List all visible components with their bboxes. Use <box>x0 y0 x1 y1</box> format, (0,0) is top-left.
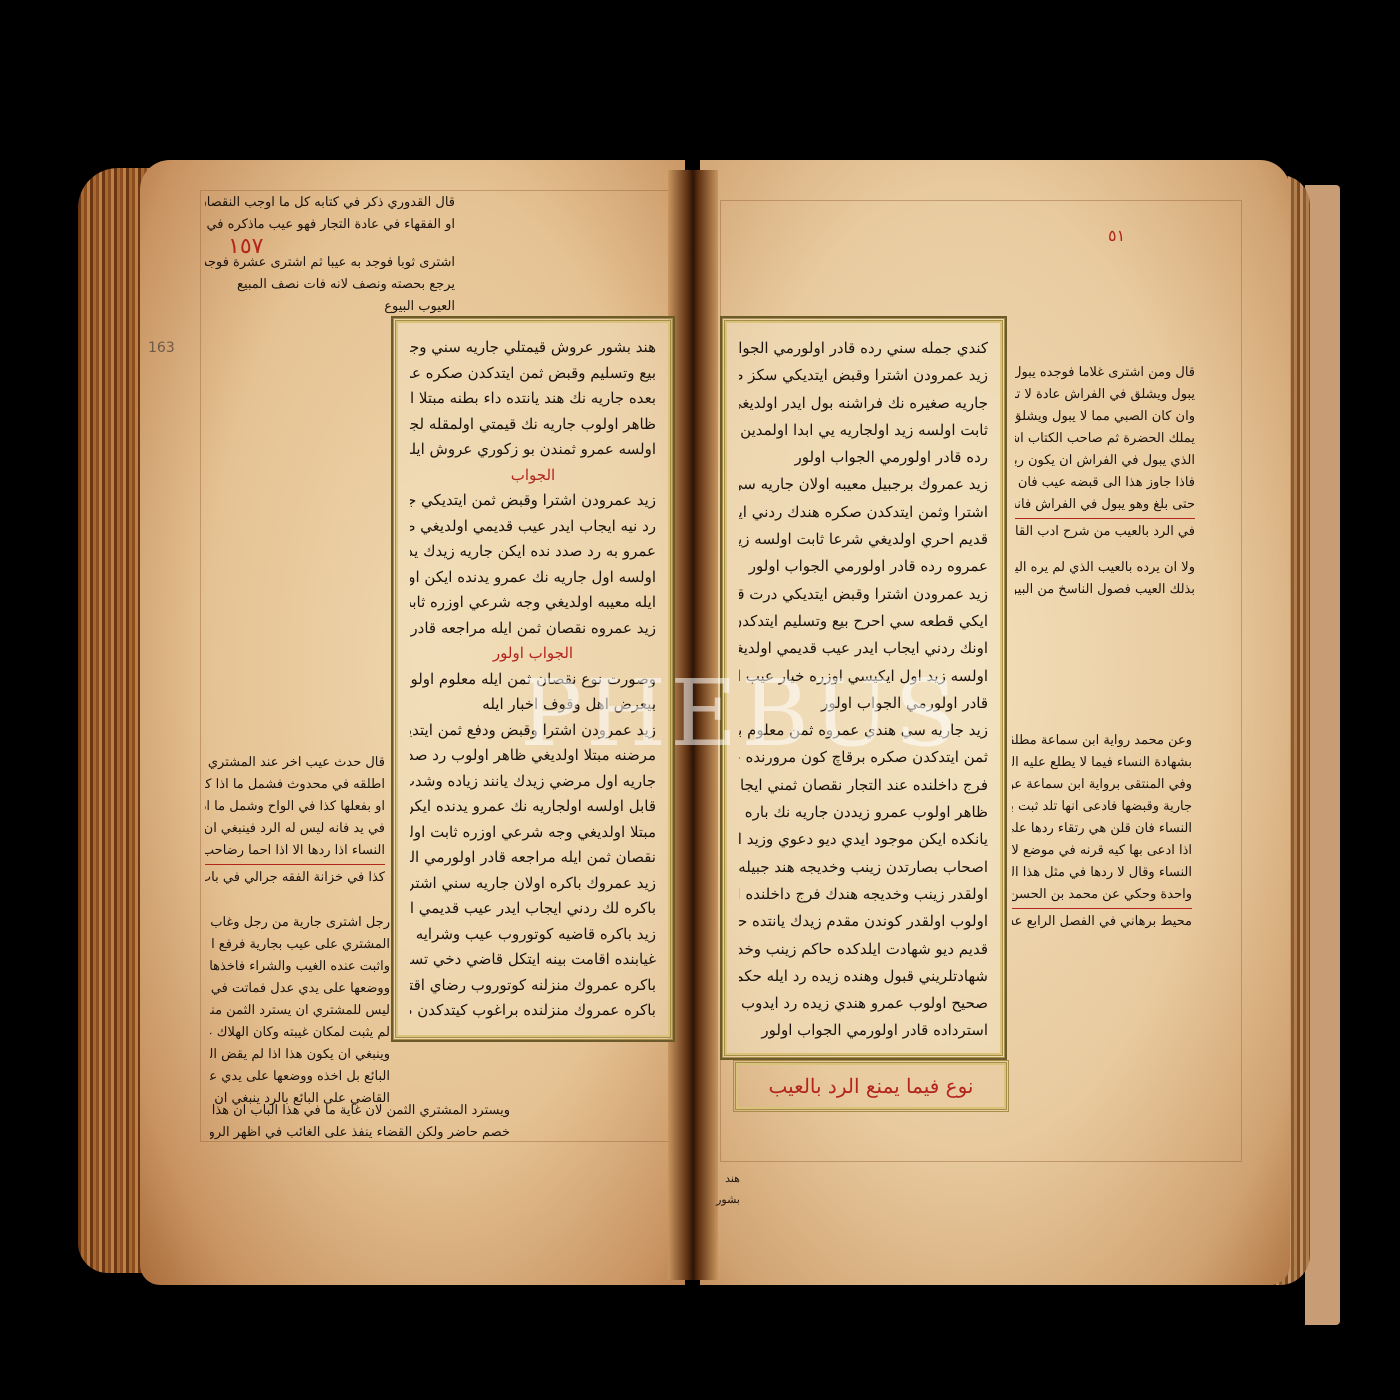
left-margin-note-2: رجل اشترى جارية من رجل وغاب البائع واطلع… <box>210 912 390 1110</box>
right-margin-note-1: قال ومن اشترى غلاما فوجده يبول في الفراش… <box>1015 362 1195 601</box>
red-rule <box>205 864 385 865</box>
pencil-folio-number: 163 <box>148 340 175 356</box>
watermark: PHEBUS <box>520 660 961 767</box>
left-bottom-note: ويسترد المشتري الثمن لان غاية ما في هذا … <box>210 1100 510 1144</box>
right-margin-note-2: وعن محمد رواية ابن سماعة مطلقا ان ثبت بش… <box>1012 730 1192 933</box>
red-rule <box>1012 908 1192 909</box>
right-red-page-number: ٥١ <box>1108 226 1125 245</box>
left-top-margin-note: قال القدوري ذكر في كتابه كل ما اوجب النق… <box>205 192 455 318</box>
section-heading-red: نوع فيما يمنع الرد بالعيب <box>733 1060 1009 1112</box>
catchword: هند بشور <box>700 1168 740 1210</box>
red-rule <box>1015 518 1195 519</box>
open-manuscript-photo: 163 ١٥٧ ٥١ قال القدوري ذكر في كتابه كل م… <box>0 0 1400 1400</box>
rubric-answer: الجواب <box>511 466 555 484</box>
left-margin-note-1: قال حدث عيب اخر عند المشتري رجع بنقصان ا… <box>205 752 385 889</box>
right-back-cover <box>1305 185 1340 1325</box>
